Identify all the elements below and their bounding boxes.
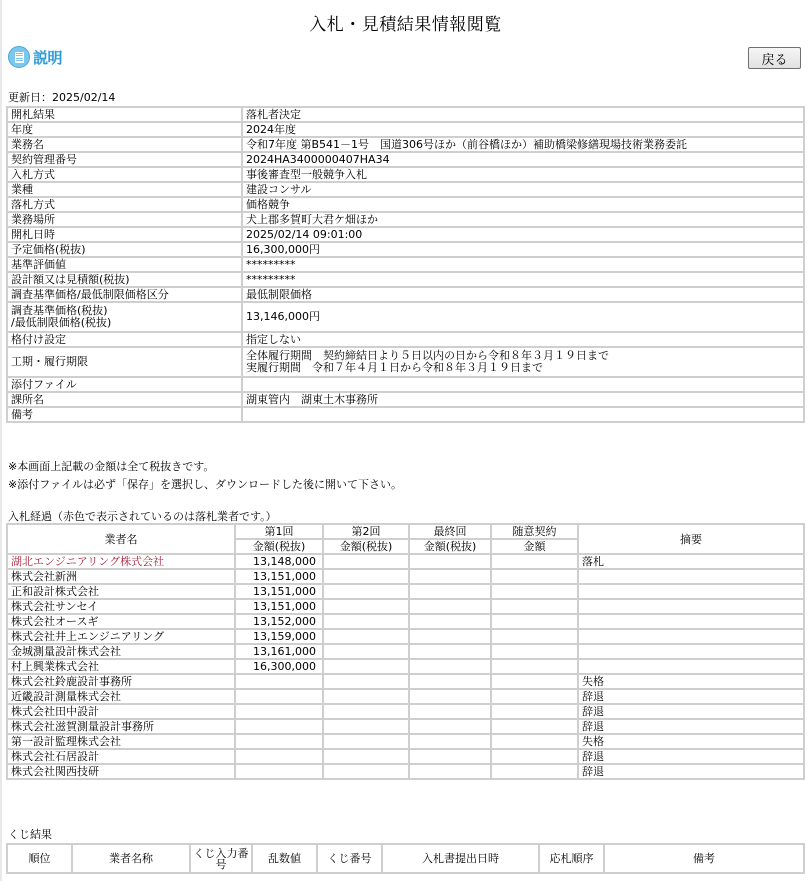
vendor-name: 株式会社サンセイ [7, 599, 235, 614]
header-bid-order: 応札順序 [539, 844, 604, 873]
info-label: 入札方式 [7, 167, 242, 182]
help-link[interactable]: 説明 [8, 46, 62, 68]
final-amount [409, 614, 491, 629]
remarks: 辞退 [578, 689, 804, 704]
info-row: 調査基準価格(税抜) /最低制限価格(税抜) 13,146,000円 [7, 302, 804, 332]
info-label: 落札方式 [7, 197, 242, 212]
round2-amount [323, 554, 409, 569]
header-lottery-number: くじ番号 [317, 844, 382, 873]
info-row: 備考 [7, 407, 804, 422]
round2-amount [323, 644, 409, 659]
negotiated-amount [491, 764, 578, 779]
bid-row: 正和設計株式会社13,151,000 [7, 584, 804, 599]
header-remarks: 備考 [604, 844, 804, 873]
info-value: 事後審査型一般競争入札 [242, 167, 804, 182]
final-amount [409, 569, 491, 584]
info-label: 備考 [7, 407, 242, 422]
info-table: 開札結果落札者決定 年度2024年度 業務名令和7年度 第B541－1号 国道3… [6, 106, 805, 423]
info-row: 業務名令和7年度 第B541－1号 国道306号ほか（前谷橋ほか）補助橋梁修繕現… [7, 137, 804, 152]
header-amount-negotiated: 金額 [491, 539, 578, 554]
round2-amount [323, 599, 409, 614]
round2-amount [323, 749, 409, 764]
round1-amount [235, 674, 323, 689]
info-value: 16,300,000円 [242, 242, 804, 257]
vendor-name: 湖北エンジニアリング株式会社 [7, 554, 235, 569]
updated-date: 更新日：2025/02/14 [8, 89, 115, 105]
info-value: ********* [242, 272, 804, 287]
info-value: 令和7年度 第B541－1号 国道306号ほか（前谷橋ほか）補助橋梁修繕現場技術… [242, 137, 804, 152]
final-amount [409, 749, 491, 764]
info-value: 建設コンサル [242, 182, 804, 197]
round1-amount: 13,151,000 [235, 599, 323, 614]
bid-row: 近畿設計測量株式会社辞退 [7, 689, 804, 704]
vendor-name: 株式会社石居設計 [7, 749, 235, 764]
negotiated-amount [491, 569, 578, 584]
final-amount [409, 554, 491, 569]
info-label: 年度 [7, 122, 242, 137]
info-label: 契約管理番号 [7, 152, 242, 167]
info-label: 調査基準価格(税抜) /最低制限価格(税抜) [7, 302, 242, 332]
info-row: 契約管理番号2024HA3400000407HA34 [7, 152, 804, 167]
round2-amount [323, 764, 409, 779]
remarks [578, 614, 804, 629]
round2-amount [323, 584, 409, 599]
left-edge [0, 0, 2, 881]
vendor-name: 近畿設計測量株式会社 [7, 689, 235, 704]
info-row: 業種建設コンサル [7, 182, 804, 197]
info-label: 業務場所 [7, 212, 242, 227]
header-remarks: 摘要 [578, 524, 804, 554]
final-amount [409, 644, 491, 659]
round2-amount [323, 659, 409, 674]
info-row: 格付け設定指定しない [7, 332, 804, 347]
info-label: 予定価格(税抜) [7, 242, 242, 257]
info-row: 年度2024年度 [7, 122, 804, 137]
negotiated-amount [491, 674, 578, 689]
info-value: 犬上郡多賀町大君ケ畑ほか [242, 212, 804, 227]
header-final-round: 最終回 [409, 524, 491, 539]
round1-amount [235, 749, 323, 764]
remarks: 落札 [578, 554, 804, 569]
header-negotiated: 随意契約 [491, 524, 578, 539]
bid-row: 株式会社田中設計辞退 [7, 704, 804, 719]
negotiated-amount [491, 554, 578, 569]
bid-row: 株式会社新洲13,151,000 [7, 569, 804, 584]
info-label: 業種 [7, 182, 242, 197]
bid-row: 株式会社鈴鹿設計事務所失格 [7, 674, 804, 689]
header-vendor-name: 業者名 [7, 524, 235, 554]
header-vendor-name: 業者名称 [72, 844, 190, 873]
remarks: 辞退 [578, 704, 804, 719]
vendor-name: 株式会社新洲 [7, 569, 235, 584]
info-value: 指定しない [242, 332, 804, 347]
lottery-caption: くじ結果 [8, 826, 52, 842]
info-value: 2024年度 [242, 122, 804, 137]
attachment-value [242, 377, 804, 392]
header-lottery-input-number: くじ入力番号 [190, 844, 252, 873]
remarks: 辞退 [578, 764, 804, 779]
final-amount [409, 734, 491, 749]
remarks: 辞退 [578, 719, 804, 734]
final-amount [409, 689, 491, 704]
negotiated-amount [491, 599, 578, 614]
header-random-value: 乱数値 [252, 844, 317, 873]
info-row: 調査基準価格/最低制限価格区分最低制限価格 [7, 287, 804, 302]
negotiated-amount [491, 659, 578, 674]
bid-row: 株式会社関西技研辞退 [7, 764, 804, 779]
info-row: 入札方式事後審査型一般競争入札 [7, 167, 804, 182]
round2-amount [323, 704, 409, 719]
round1-amount: 13,151,000 [235, 584, 323, 599]
negotiated-amount [491, 629, 578, 644]
round1-amount: 13,161,000 [235, 644, 323, 659]
bid-row: 第一設計監理株式会社失格 [7, 734, 804, 749]
lottery-table: 順位 業者名称 くじ入力番号 乱数値 くじ番号 入札書提出日時 応札順序 備考 [6, 843, 805, 874]
vendor-name: 金城測量設計株式会社 [7, 644, 235, 659]
back-button[interactable]: 戻る [748, 47, 801, 69]
remarks: 辞退 [578, 749, 804, 764]
bid-history-table: 業者名 第1回 第2回 最終回 随意契約 摘要 金額(税抜) 金額(税抜) 金額… [6, 523, 805, 780]
info-row: 添付ファイル [7, 377, 804, 392]
header-rank: 順位 [7, 844, 72, 873]
remarks [578, 569, 804, 584]
negotiated-amount [491, 689, 578, 704]
remarks [578, 599, 804, 614]
info-value: 価格競争 [242, 197, 804, 212]
info-label: 開札日時 [7, 227, 242, 242]
info-value: 2024HA3400000407HA34 [242, 152, 804, 167]
info-value: ********* [242, 257, 804, 272]
info-value: 湖東管内 湖東土木事務所 [242, 392, 804, 407]
info-label: 開札結果 [7, 107, 242, 122]
header-round2: 第2回 [323, 524, 409, 539]
vendor-name: 村上興業株式会社 [7, 659, 235, 674]
vendor-name: 株式会社滋賀測量設計事務所 [7, 719, 235, 734]
bid-row: 金城測量設計株式会社13,161,000 [7, 644, 804, 659]
info-value: 2025/02/14 09:01:00 [242, 227, 804, 242]
info-row: 課所名湖東管内 湖東土木事務所 [7, 392, 804, 407]
info-value [242, 407, 804, 422]
bid-history-caption: 入札経過（赤色で表示されているのは落札業者です。） [8, 508, 277, 524]
info-label: 基準評価値 [7, 257, 242, 272]
negotiated-amount [491, 719, 578, 734]
bid-row: 村上興業株式会社16,300,000 [7, 659, 804, 674]
info-row: 工期・履行期限 全体履行期間 契約締結日より５日以内の日から令和８年３月１９日ま… [7, 347, 804, 377]
info-label: 業務名 [7, 137, 242, 152]
vendor-name: 第一設計監理株式会社 [7, 734, 235, 749]
info-label: 調査基準価格/最低制限価格区分 [7, 287, 242, 302]
round1-amount: 13,148,000 [235, 554, 323, 569]
attachment-note: ※添付ファイルは必ず「保存」を選択し、ダウンロードした後に開いて下さい。 [8, 476, 402, 492]
info-label: 課所名 [7, 392, 242, 407]
info-value: 13,146,000円 [242, 302, 804, 332]
round2-amount [323, 569, 409, 584]
remarks: 失格 [578, 674, 804, 689]
negotiated-amount [491, 644, 578, 659]
round1-amount [235, 689, 323, 704]
round1-amount: 13,151,000 [235, 569, 323, 584]
remarks [578, 584, 804, 599]
bid-row: 株式会社オースギ13,152,000 [7, 614, 804, 629]
header-amount-round2: 金額(税抜) [323, 539, 409, 554]
info-row: 設計額又は見積額(税抜)********* [7, 272, 804, 287]
final-amount [409, 704, 491, 719]
header-submission-datetime: 入札書提出日時 [382, 844, 539, 873]
bid-row: 株式会社サンセイ13,151,000 [7, 599, 804, 614]
info-label: 設計額又は見積額(税抜) [7, 272, 242, 287]
final-amount [409, 584, 491, 599]
round2-amount [323, 674, 409, 689]
round1-amount [235, 734, 323, 749]
remarks [578, 644, 804, 659]
tax-note: ※本画面上記載の金額は全て税抜きです。 [8, 458, 214, 474]
bid-row: 株式会社滋賀測量設計事務所辞退 [7, 719, 804, 734]
info-row: 開札結果落札者決定 [7, 107, 804, 122]
remarks [578, 659, 804, 674]
info-row: 落札方式価格競争 [7, 197, 804, 212]
bid-row: 株式会社井上エンジニアリング13,159,000 [7, 629, 804, 644]
page-title: 入札・見積結果情報閲覧 [0, 10, 811, 35]
round1-amount [235, 719, 323, 734]
info-row: 業務場所犬上郡多賀町大君ケ畑ほか [7, 212, 804, 227]
help-label: 説明 [33, 47, 62, 68]
vendor-name: 株式会社オースギ [7, 614, 235, 629]
remarks: 失格 [578, 734, 804, 749]
info-label: 工期・履行期限 [7, 347, 242, 377]
negotiated-amount [491, 584, 578, 599]
header-round1: 第1回 [235, 524, 323, 539]
vendor-name: 株式会社井上エンジニアリング [7, 629, 235, 644]
final-amount [409, 674, 491, 689]
negotiated-amount [491, 749, 578, 764]
round1-amount: 13,159,000 [235, 629, 323, 644]
final-amount [409, 764, 491, 779]
info-label: 格付け設定 [7, 332, 242, 347]
vendor-name: 株式会社田中設計 [7, 704, 235, 719]
info-row: 予定価格(税抜)16,300,000円 [7, 242, 804, 257]
document-icon [8, 46, 30, 68]
round1-amount [235, 764, 323, 779]
vendor-name: 正和設計株式会社 [7, 584, 235, 599]
round1-amount: 13,152,000 [235, 614, 323, 629]
info-value: 最低制限価格 [242, 287, 804, 302]
header-amount-final: 金額(税抜) [409, 539, 491, 554]
final-amount [409, 719, 491, 734]
round2-amount [323, 614, 409, 629]
negotiated-amount [491, 704, 578, 719]
bid-row: 株式会社石居設計辞退 [7, 749, 804, 764]
negotiated-amount [491, 614, 578, 629]
final-amount [409, 629, 491, 644]
bid-row: 湖北エンジニアリング株式会社13,148,000落札 [7, 554, 804, 569]
info-value: 全体履行期間 契約締結日より５日以内の日から令和８年３月１９日まで 実履行期間 … [242, 347, 804, 377]
info-row: 基準評価値********* [7, 257, 804, 272]
round1-amount [235, 704, 323, 719]
final-amount [409, 659, 491, 674]
header-amount-round1: 金額(税抜) [235, 539, 323, 554]
remarks [578, 629, 804, 644]
info-row: 開札日時2025/02/14 09:01:00 [7, 227, 804, 242]
round1-amount: 16,300,000 [235, 659, 323, 674]
final-amount [409, 599, 491, 614]
vendor-name: 株式会社関西技研 [7, 764, 235, 779]
info-label: 添付ファイル [7, 377, 242, 392]
negotiated-amount [491, 734, 578, 749]
info-value: 落札者決定 [242, 107, 804, 122]
vendor-name: 株式会社鈴鹿設計事務所 [7, 674, 235, 689]
round2-amount [323, 629, 409, 644]
round2-amount [323, 689, 409, 704]
round2-amount [323, 719, 409, 734]
round2-amount [323, 734, 409, 749]
